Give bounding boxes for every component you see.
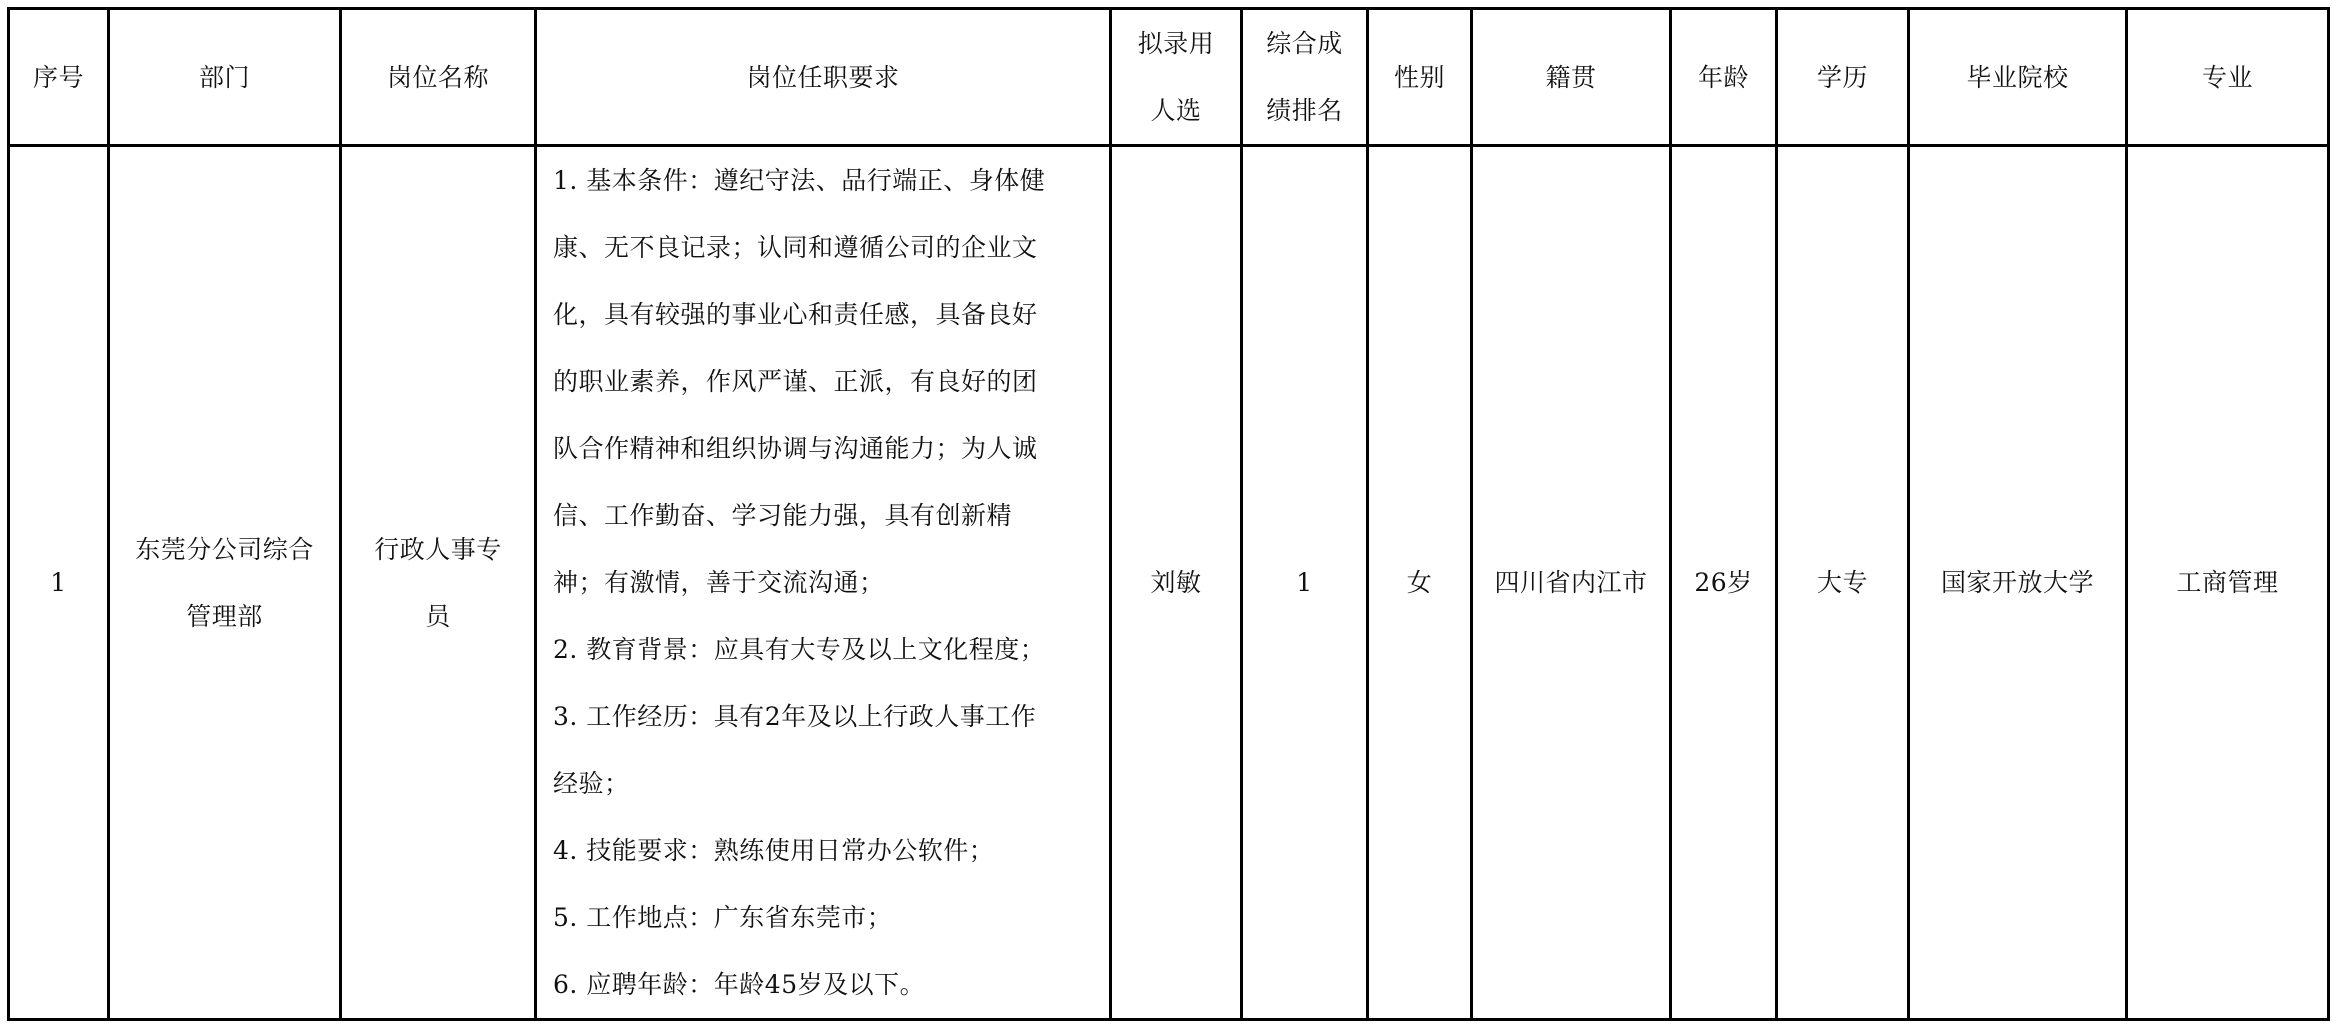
cell-age: 26岁 — [1671, 146, 1777, 1020]
requirement-line: 神；有激情，善于交流沟通； — [553, 549, 1097, 616]
cell-department: 东莞分公司综合 管理部 — [109, 146, 341, 1020]
header-age: 年龄 — [1671, 9, 1777, 146]
cell-gender: 女 — [1368, 146, 1472, 1020]
cell-requirements: 1. 基本条件：遵纪守法、品行端正、身体健 康、无不良记录；认同和遵循公司的企业… — [536, 146, 1111, 1020]
requirement-line: 康、无不良记录；认同和遵循公司的企业文 — [553, 214, 1097, 281]
header-candidate-line2: 人选 — [1112, 77, 1240, 144]
header-candidate-line1: 拟录用 — [1112, 10, 1240, 77]
requirement-line: 化，具有较强的事业心和责任感，具备良好 — [553, 281, 1097, 348]
header-origin: 籍贯 — [1472, 9, 1671, 146]
header-rank-line2: 绩排名 — [1243, 77, 1366, 144]
header-department: 部门 — [109, 9, 341, 146]
header-candidate: 拟录用 人选 — [1111, 9, 1242, 146]
header-index: 序号 — [9, 9, 109, 146]
cell-position-line1: 行政人事专 — [342, 516, 534, 583]
cell-department-line1: 东莞分公司综合 — [110, 516, 339, 583]
header-gender: 性别 — [1368, 9, 1472, 146]
cell-rank: 1 — [1242, 146, 1368, 1020]
requirement-line: 5. 工作地点：广东省东莞市； — [553, 884, 1097, 951]
requirement-line: 经验； — [553, 750, 1097, 817]
header-education: 学历 — [1777, 9, 1909, 146]
requirement-line: 3. 工作经历：具有2年及以上行政人事工作 — [553, 683, 1097, 750]
cell-candidate: 刘敏 — [1111, 146, 1242, 1020]
header-requirements: 岗位任职要求 — [536, 9, 1111, 146]
cell-position-line2: 员 — [342, 583, 534, 650]
cell-major: 工商管理 — [2127, 146, 2329, 1020]
header-major: 专业 — [2127, 9, 2329, 146]
cell-department-line2: 管理部 — [110, 583, 339, 650]
recruitment-table: 序号 部门 岗位名称 岗位任职要求 拟录用 人选 综合成 绩排名 性别 籍贯 年… — [7, 7, 2330, 1021]
cell-position: 行政人事专 员 — [341, 146, 536, 1020]
cell-origin: 四川省内江市 — [1472, 146, 1671, 1020]
requirement-line: 队合作精神和组织协调与沟通能力；为人诚 — [553, 415, 1097, 482]
requirement-line: 的职业素养，作风严谨、正派，有良好的团 — [553, 348, 1097, 415]
cell-education: 大专 — [1777, 146, 1909, 1020]
requirement-line: 1. 基本条件：遵纪守法、品行端正、身体健 — [553, 147, 1097, 214]
header-rank-line1: 综合成 — [1243, 10, 1366, 77]
header-rank: 综合成 绩排名 — [1242, 9, 1368, 146]
cell-school: 国家开放大学 — [1909, 146, 2127, 1020]
header-row: 序号 部门 岗位名称 岗位任职要求 拟录用 人选 综合成 绩排名 性别 籍贯 年… — [9, 9, 2329, 146]
table-row: 1 东莞分公司综合 管理部 行政人事专 员 1. 基本条件：遵纪守法、品行端正、… — [9, 146, 2329, 1020]
header-position: 岗位名称 — [341, 9, 536, 146]
requirement-line: 6. 应聘年龄：年龄45岁及以下。 — [553, 951, 1097, 1018]
requirement-line: 4. 技能要求：熟练使用日常办公软件； — [553, 817, 1097, 884]
cell-index: 1 — [9, 146, 109, 1020]
requirement-line: 2. 教育背景：应具有大专及以上文化程度； — [553, 616, 1097, 683]
requirement-line: 信、工作勤奋、学习能力强，具有创新精 — [553, 482, 1097, 549]
header-school: 毕业院校 — [1909, 9, 2127, 146]
